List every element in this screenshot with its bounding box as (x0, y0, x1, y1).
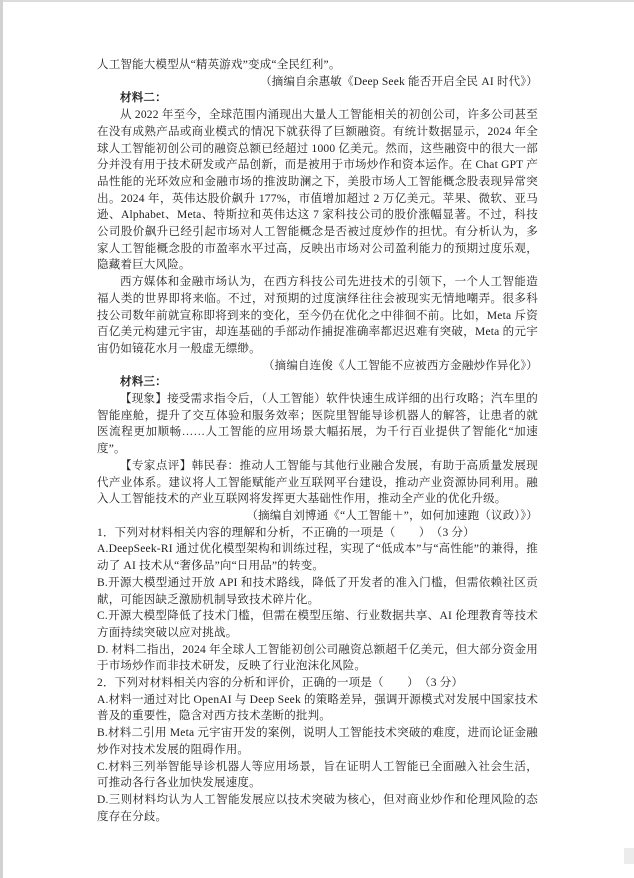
question-1-option-c: C.开源大模型降低了技术门槛，但需在模型压缩、行业数据共享、AI 伦理教育等技术… (97, 608, 538, 641)
scan-edge-corner (624, 848, 634, 864)
source-attribution-3: （摘编自刘博通《“人工智能＋”，如何加速跑（议政）》） (97, 508, 538, 525)
material-2-paragraph-1: 从 2022 年至今，全球范围内涌现出大量人工智能相关的初创公司，许多公司甚至在… (97, 107, 538, 274)
document-page: 人工智能大模型从“精英游戏”变成“全民红利”。 （摘编自余惠敏《Deep See… (0, 0, 634, 878)
intro-line: 人工智能大模型从“精英游戏”变成“全民红利”。 (97, 57, 538, 74)
material-3-paragraph-expert: 【专家点评】韩民春：推动人工智能与其他行业融合发展，有助于高质量发展现代产业体系… (97, 458, 538, 508)
material-3-label: 材料三： (97, 374, 538, 391)
scan-edge-left (0, 0, 3, 878)
source-attribution-1: （摘编自余惠敏《Deep Seek 能否开启全民 AI 时代》） (97, 74, 538, 91)
question-1-option-a: A.DeepSeek-RI 通过优化模型架构和训练过程，实现了“低成本”与“高性… (97, 541, 538, 574)
question-1-option-d: D. 材料二指出，2024 年全球人工智能初创公司融资总额超千亿美元，但大部分资… (97, 642, 538, 675)
source-attribution-2: （摘编自连俊《人工智能不应被西方金融炒作异化》） (97, 358, 538, 375)
question-2-option-d: D.三则材料均认为人工智能发展应以技术突破为核心，但对商业炒作和伦理风险的态度存… (97, 792, 538, 825)
scan-edge-top (0, 0, 634, 2)
question-2-option-b: B.材料二引用 Meta 元宇宙开发的案例，说明人工智能技术突破的难度，进而论证… (97, 725, 538, 758)
document-content: 人工智能大模型从“精英游戏”变成“全民红利”。 （摘编自余惠敏《Deep See… (97, 57, 538, 825)
question-1-option-b: B.开源大模型通过开放 API 和技术路线，降低了开发者的准入门槛，但需依赖社区… (97, 575, 538, 608)
question-2-option-c: C.材料三列举智能导诊机器人等应用场景，旨在证明人工智能已全面融入社会生活，可推… (97, 759, 538, 792)
material-2-label: 材料二： (97, 90, 538, 107)
question-2-option-a: A.材料一通过对比 OpenAI 与 Deep Seek 的策略差异，强调开源模… (97, 692, 538, 725)
question-1-stem: 1．下列对材料相关内容的理解和分析，不正确的一项是（ ） （3 分） (97, 525, 538, 542)
question-2-stem: 2．下列对材料相关内容的分析和评价，正确的一项是（ ） （3 分） (97, 675, 538, 692)
material-2-paragraph-2: 西方媒体和金融市场认为，在西方科技公司先进技术的引领下，一个人工智能造福人类的世… (97, 274, 538, 358)
material-3-paragraph-phenomenon: 【现象】接受需求指令后，（人工智能）软件快速生成详细的出行攻略；汽车里的智能座舱… (97, 391, 538, 458)
